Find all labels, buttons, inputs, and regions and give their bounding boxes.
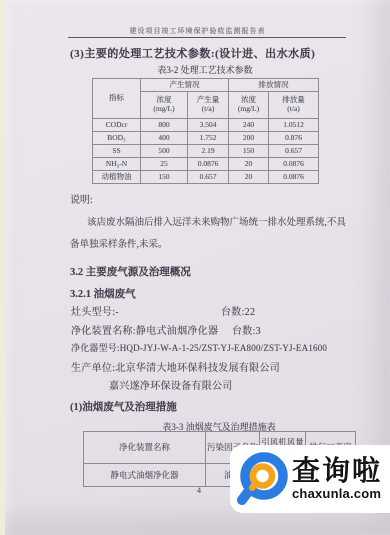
field-purifier-count: 台数:3 — [232, 322, 261, 337]
section-heading-treatment-measures: (1)油烟废气及治理措施 — [70, 399, 177, 414]
column-header: 浓度(mg/L) — [229, 92, 269, 119]
table-cell: 2.19 — [188, 145, 229, 158]
table-cell: 25 — [141, 158, 188, 171]
column-header: 产生量(t/a) — [188, 92, 229, 119]
page-number: 4 — [197, 486, 201, 495]
column-header: 浓度(mg/L) — [141, 92, 188, 119]
notes-label: 说明: — [70, 191, 93, 206]
table-cell: 0.0876 — [269, 171, 319, 184]
table-cell: 0.876 — [269, 132, 319, 145]
table-cell: 3.504 — [188, 119, 229, 132]
table-cell: BOD₅ — [93, 132, 141, 145]
table-cell: 20 — [229, 171, 269, 184]
section-heading-gas-sources: 3.2 主要废气源及治理概况 — [70, 264, 191, 279]
table-row: BOD₅ 400 1.752 200 0.876 — [93, 132, 319, 145]
field-manufacturer-line2: 嘉兴遂净环保设备有限公司 — [109, 377, 233, 392]
header-unit: (t/a) — [269, 105, 318, 114]
column-header: 排放量(t/a) — [269, 92, 319, 119]
notes-paragraph-line2: 备单独采样条件,未采。 — [70, 236, 167, 250]
table-cell: 0.657 — [188, 171, 229, 184]
field-purifier-name: 净化装置名称:静电式油烟净化器 — [71, 322, 218, 337]
table-cell: 240 — [229, 119, 269, 132]
table-cell: 静电式油烟净化器 — [84, 464, 206, 487]
section-heading-process-params: (3)主要的处理工艺技术参数:(设计进、出水水质) — [70, 45, 315, 61]
header-divider — [68, 37, 346, 38]
column-group-discharge: 排放情况 — [229, 79, 319, 92]
table-cell: 800 — [141, 119, 188, 132]
watermark-brand: 查询啦 — [292, 457, 382, 486]
header-unit: (t/a) — [188, 105, 228, 114]
table-row: 动植物油 150 0.657 20 0.0876 — [93, 171, 319, 184]
field-stove-model: 灶头型号:- — [71, 303, 119, 318]
column-header-indicator: 指标 — [93, 79, 141, 119]
table-cell: 150 — [141, 171, 188, 184]
table-row: CODcr 800 3.504 240 1.0512 — [93, 119, 319, 132]
column-group-production: 产生情况 — [141, 79, 229, 92]
header-unit: (mg/L) — [229, 105, 268, 114]
table-cell: 150 — [229, 145, 269, 158]
field-manufacturer-line1: 生产单位:北京华清大地环保科技发展有限公司 — [71, 359, 280, 374]
table-cell: NH₃-N — [93, 158, 141, 171]
table-cell: 1.752 — [188, 132, 229, 145]
process-params-table: 指标 产生情况 排放情况 浓度(mg/L) 产生量(t/a) 浓度(mg/L) … — [92, 78, 319, 184]
table-cell: 0.0876 — [269, 158, 319, 171]
watermark-text-block: 查询啦 chaxunla.com — [292, 457, 382, 500]
field-stove-count: 台数:22 — [221, 303, 255, 318]
table-row: SS 500 2.19 150 0.657 — [93, 145, 319, 158]
scanned-document-page: 建设项目竣工环境保护验收监测报告表 (3)主要的处理工艺技术参数:(设计进、出水… — [5, 0, 390, 535]
table-cell: 20 — [229, 158, 269, 171]
table-cell: 动植物油 — [93, 171, 141, 184]
watermark-domain: chaxunla.com — [292, 486, 381, 501]
table-row: 指标 产生情况 排放情况 — [93, 79, 319, 92]
table-cell: 400 — [141, 132, 188, 145]
chaxunla-watermark: 查询啦 chaxunla.com — [230, 445, 390, 513]
table-cell: SS — [93, 145, 141, 158]
table-cell: 0.0876 — [188, 158, 229, 171]
notes-paragraph-line1: 该店废水隔油后排入远洋未来购物广场统一排水处理系统,不具 — [87, 214, 346, 228]
running-header: 建设项目竣工环境保护验收监测报告表 — [5, 26, 390, 36]
table-cell: CODcr — [93, 119, 141, 132]
table-cell: 500 — [141, 145, 188, 158]
field-purifier-model: 净化器型号:HQD-JYJ-W-A-1-25/ZST-YJ-EA800/ZST-… — [71, 341, 327, 354]
section-heading-fume-gas: 3.2.1 油烟废气 — [70, 286, 136, 301]
magnifier-logo-icon — [234, 451, 291, 508]
header-unit: (mg/L) — [141, 105, 187, 114]
column-header-device: 净化装置名称 — [84, 432, 206, 464]
table-row: NH₃-N 25 0.0876 20 0.0876 — [93, 158, 319, 171]
table-3-2-caption: 表3-2 处理工艺技术参数 — [92, 63, 318, 76]
table-cell: 1.0512 — [269, 119, 319, 132]
table-cell: 200 — [229, 132, 269, 145]
table-cell: 0.657 — [269, 145, 319, 158]
